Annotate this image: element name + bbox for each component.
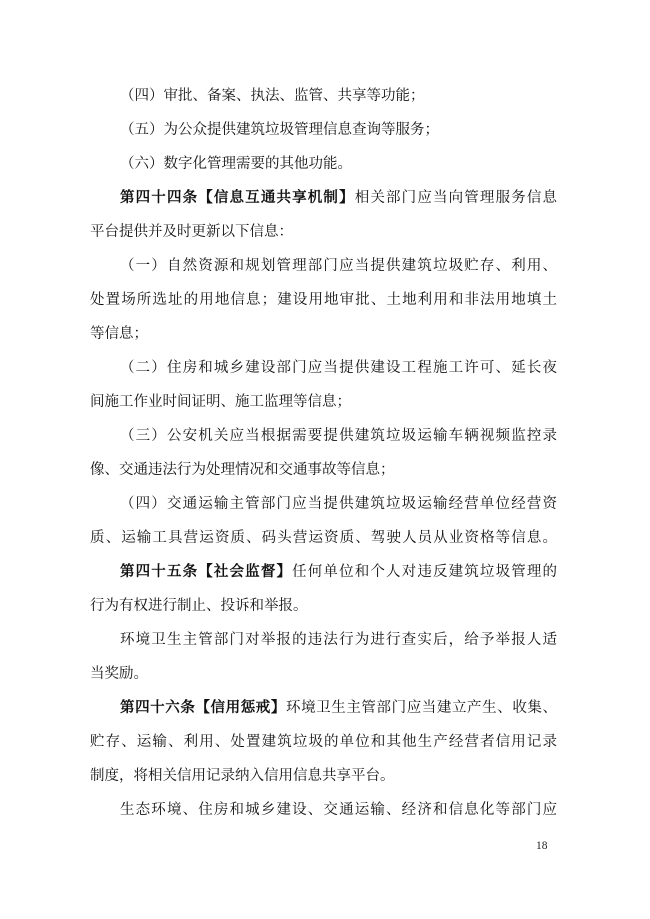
article-heading: 第四十六条【信用惩戒】 bbox=[120, 700, 286, 716]
line-text: 环境卫生主管部门对举报的违法行为进行查实后，给予举报人适 bbox=[120, 632, 557, 648]
line-text: 质、运输工具营运资质、码头营运资质、驾驶人员从业资格等信息。 bbox=[90, 530, 557, 546]
line-text: 处置场所选址的用地信息；建设用地审批、土地利用和非法用地填土 bbox=[90, 292, 557, 308]
article-line: 第四十六条【信用惩戒】环境卫生主管部门应当建立产生、收集、 bbox=[90, 691, 557, 725]
line-text: （四）交通运输主管部门应当提供建筑垃圾运输经营单位经营资 bbox=[120, 496, 557, 512]
line-text: （六）数字化管理需要的其他功能。 bbox=[120, 156, 352, 172]
line-text: （二）住房和城乡建设部门应当提供建设工程施工许可、延长夜 bbox=[120, 360, 557, 376]
line-text: 行为有权进行制止、投诉和举报。 bbox=[90, 598, 308, 614]
line-text: 平台提供并及时更新以下信息： bbox=[90, 224, 293, 240]
text-line: 生态环境、住房和城乡建设、交通运输、经济和信息化等部门应 bbox=[90, 793, 557, 827]
text-line: 当奖励。 bbox=[90, 657, 557, 691]
text-line: （四）审批、备案、执法、监管、共享等功能； bbox=[90, 79, 557, 113]
line-text: （四）审批、备案、执法、监管、共享等功能； bbox=[120, 88, 425, 104]
text-line: （一）自然资源和规划管理部门应当提供建筑垃圾贮存、利用、 bbox=[90, 249, 557, 283]
line-text: 等信息； bbox=[90, 326, 148, 342]
text-line: 像、交通违法行为处理情况和交通事故等信息； bbox=[90, 453, 557, 487]
article-line: 第四十四条【信息互通共享机制】相关部门应当向管理服务信息 bbox=[90, 181, 557, 215]
line-text: 相关部门应当向管理服务信息 bbox=[355, 190, 557, 206]
text-line: 制度，将相关信用记录纳入信用信息共享平台。 bbox=[90, 759, 557, 793]
line-text: （一）自然资源和规划管理部门应当提供建筑垃圾贮存、利用、 bbox=[120, 258, 557, 274]
line-text: 像、交通违法行为处理情况和交通事故等信息； bbox=[90, 462, 395, 478]
line-text: 环境卫生主管部门应当建立产生、收集、 bbox=[286, 700, 557, 716]
text-line: （六）数字化管理需要的其他功能。 bbox=[90, 147, 557, 181]
document-body: （四）审批、备案、执法、监管、共享等功能；（五）为公众提供建筑垃圾管理信息查询等… bbox=[90, 79, 557, 827]
line-text: （五）为公众提供建筑垃圾管理信息查询等服务； bbox=[120, 122, 439, 138]
line-text: 当奖励。 bbox=[90, 666, 148, 682]
text-line: （四）交通运输主管部门应当提供建筑垃圾运输经营单位经营资 bbox=[90, 487, 557, 521]
line-text: 贮存、运输、利用、处置建筑垃圾的单位和其他生产经营者信用记录 bbox=[90, 734, 557, 750]
text-line: （三）公安机关应当根据需要提供建筑垃圾运输车辆视频监控录 bbox=[90, 419, 557, 453]
article-line: 第四十五条【社会监督】任何单位和个人对违反建筑垃圾管理的 bbox=[90, 555, 557, 589]
line-text: 制度，将相关信用记录纳入信用信息共享平台。 bbox=[90, 768, 395, 784]
text-line: 环境卫生主管部门对举报的违法行为进行查实后，给予举报人适 bbox=[90, 623, 557, 657]
text-line: 平台提供并及时更新以下信息： bbox=[90, 215, 557, 249]
text-line: （二）住房和城乡建设部门应当提供建设工程施工许可、延长夜 bbox=[90, 351, 557, 385]
text-line: 处置场所选址的用地信息；建设用地审批、土地利用和非法用地填土 bbox=[90, 283, 557, 317]
text-line: 等信息； bbox=[90, 317, 557, 351]
line-text: 任何单位和个人对违反建筑垃圾管理的 bbox=[292, 564, 557, 580]
line-text: 间施工作业时间证明、施工监理等信息； bbox=[90, 394, 351, 410]
text-line: 质、运输工具营运资质、码头营运资质、驾驶人员从业资格等信息。 bbox=[90, 521, 557, 555]
document-page: （四）审批、备案、执法、监管、共享等功能；（五）为公众提供建筑垃圾管理信息查询等… bbox=[0, 0, 650, 919]
page-number: 18 bbox=[536, 838, 548, 854]
text-line: 间施工作业时间证明、施工监理等信息； bbox=[90, 385, 557, 419]
article-heading: 第四十四条【信息互通共享机制】 bbox=[120, 190, 355, 206]
article-heading: 第四十五条【社会监督】 bbox=[120, 564, 292, 580]
line-text: 生态环境、住房和城乡建设、交通运输、经济和信息化等部门应 bbox=[120, 802, 557, 818]
line-text: （三）公安机关应当根据需要提供建筑垃圾运输车辆视频监控录 bbox=[120, 428, 557, 444]
text-line: 行为有权进行制止、投诉和举报。 bbox=[90, 589, 557, 623]
text-line: 贮存、运输、利用、处置建筑垃圾的单位和其他生产经营者信用记录 bbox=[90, 725, 557, 759]
text-line: （五）为公众提供建筑垃圾管理信息查询等服务； bbox=[90, 113, 557, 147]
